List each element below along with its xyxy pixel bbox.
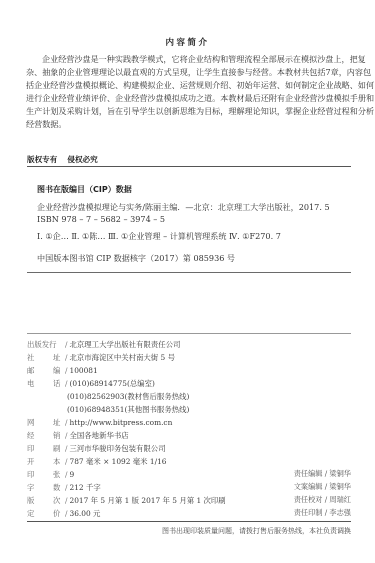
pub-value: (010)82562903(教材售后服务热线) [67, 392, 189, 401]
divider [27, 272, 351, 273]
pub-value: 北京理工大学出版社有限责任公司 [70, 340, 181, 349]
pub-row-address: 社址/北京市海淀区中关村南大街 5 号 [27, 351, 175, 364]
cip-isbn: ISBN 978 – 7 – 5682 – 3974 – 5 [37, 214, 165, 224]
pub-value: 2017 年 5 月第 1 版 2017 年 5 月第 1 次印刷 [70, 496, 226, 505]
editor-responsible: 责任编辑 / 梁铜华 [294, 467, 351, 480]
editor-copy: 文案编辑 / 梁铜华 [294, 480, 351, 493]
quality-notice: 图书出现印装质量问题，请拨打售后服务热线，本社负责调换 [162, 526, 351, 536]
pub-row-phone-3: (010)68948351(其他图书服务热线) [67, 403, 189, 416]
pub-row-phone-2: (010)82562903(教材售后服务热线) [67, 390, 189, 403]
pub-row-printer: 印刷/三河市华骏印务包装有限公司 [27, 442, 166, 455]
intro-line: 生产计划及采购计划，旨在引导学生以创新思维为目标，理解理论知识，掌握企业经营过程… [26, 105, 352, 118]
pub-value: 全国各地新华书店 [70, 431, 129, 440]
pub-value: 9 [70, 470, 75, 479]
cip-number: 中国版本图书馆 CIP 数据核字（2017）第 085936 号 [37, 253, 235, 264]
intro-line: 进行企业经营业绩评价、企业经营沙盘模拟成功之道。本教材最后还附有企业经营沙盘模拟… [26, 92, 352, 105]
pub-row-publisher: 出版发行/北京理工大学出版社有限责任公司 [27, 338, 180, 351]
editor-printing: 责任印制 / 李志强 [294, 506, 351, 519]
cip-title-line: 企业经营沙盘模拟理论与实务/陈丽主编．—北京：北京理工大学出版社，2017. 5 [37, 202, 330, 213]
intro-line: 经营数据。 [26, 118, 352, 131]
pub-row-edition: 版次/2017 年 5 月第 1 版 2017 年 5 月第 1 次印刷 [27, 494, 226, 507]
intro-line: 杂、抽象的企业管理理论以最直观的方式呈现，让学生直接参与经营。本教材共包括7章，… [26, 66, 352, 79]
copyright-notice: 版权专有侵权必究 [27, 154, 98, 165]
divider [27, 521, 351, 522]
infringement-text: 侵权必究 [67, 155, 97, 164]
pub-value: 787 毫米 × 1092 毫米 1/16 [70, 457, 167, 466]
pub-row-wordcount: 字数/212 千字 [27, 481, 101, 494]
divider [27, 166, 351, 167]
pub-row-postcode: 邮编/100081 [27, 364, 98, 377]
editor-proofreader: 责任校对 / 周瑞红 [294, 493, 351, 506]
pub-value: 212 千字 [70, 483, 101, 492]
pub-row-distributor: 经销/全国各地新华书店 [27, 429, 129, 442]
pub-row-phone: 电话/(010)68914775(总编室) [27, 377, 155, 390]
copyright-text: 版权专有 [27, 155, 57, 164]
pub-row-format: 开本/787 毫米 × 1092 毫米 1/16 [27, 455, 167, 468]
intro-paragraph: 企业经营沙盘是一种实践教学模式，它将企业结构和管理流程全部展示在模拟沙盘上，把复… [26, 53, 352, 131]
intro-line: 企业经营沙盘是一种实践教学模式，它将企业结构和管理流程全部展示在模拟沙盘上，把复 [26, 53, 352, 66]
cip-classification: Ⅰ. ①企… Ⅱ. ①陈… Ⅲ. ①企业管理 – 计算机管理系统 Ⅳ. ①F27… [37, 231, 281, 242]
pub-value: (010)68948351(其他图书服务热线) [67, 405, 189, 414]
pub-value: 100081 [70, 366, 98, 375]
pub-label: 出版发行 [27, 338, 64, 351]
intro-title: 内容简介 [0, 36, 375, 48]
website-link: http://www.bitpress.com.cn [70, 418, 173, 427]
pub-row-sheets: 印张/9 [27, 468, 74, 481]
pub-value: 三河市华骏印务包装有限公司 [70, 444, 166, 453]
pub-value: (010)68914775(总编室) [70, 379, 155, 388]
divider [27, 333, 351, 334]
intro-line: 括企业经营沙盘模拟概论、构建模拟企业、运营规则介绍、初始年运营、如何制定企业战略… [26, 79, 352, 92]
cip-heading: 图书在版编目（CIP）数据 [37, 184, 132, 195]
pub-row-price: 定价/36.00 元 [27, 507, 100, 520]
pub-row-website: 网址/http://www.bitpress.com.cn [27, 416, 172, 429]
pub-value: 36.00 元 [70, 509, 101, 518]
pub-value: 北京市海淀区中关村南大街 5 号 [70, 353, 175, 362]
